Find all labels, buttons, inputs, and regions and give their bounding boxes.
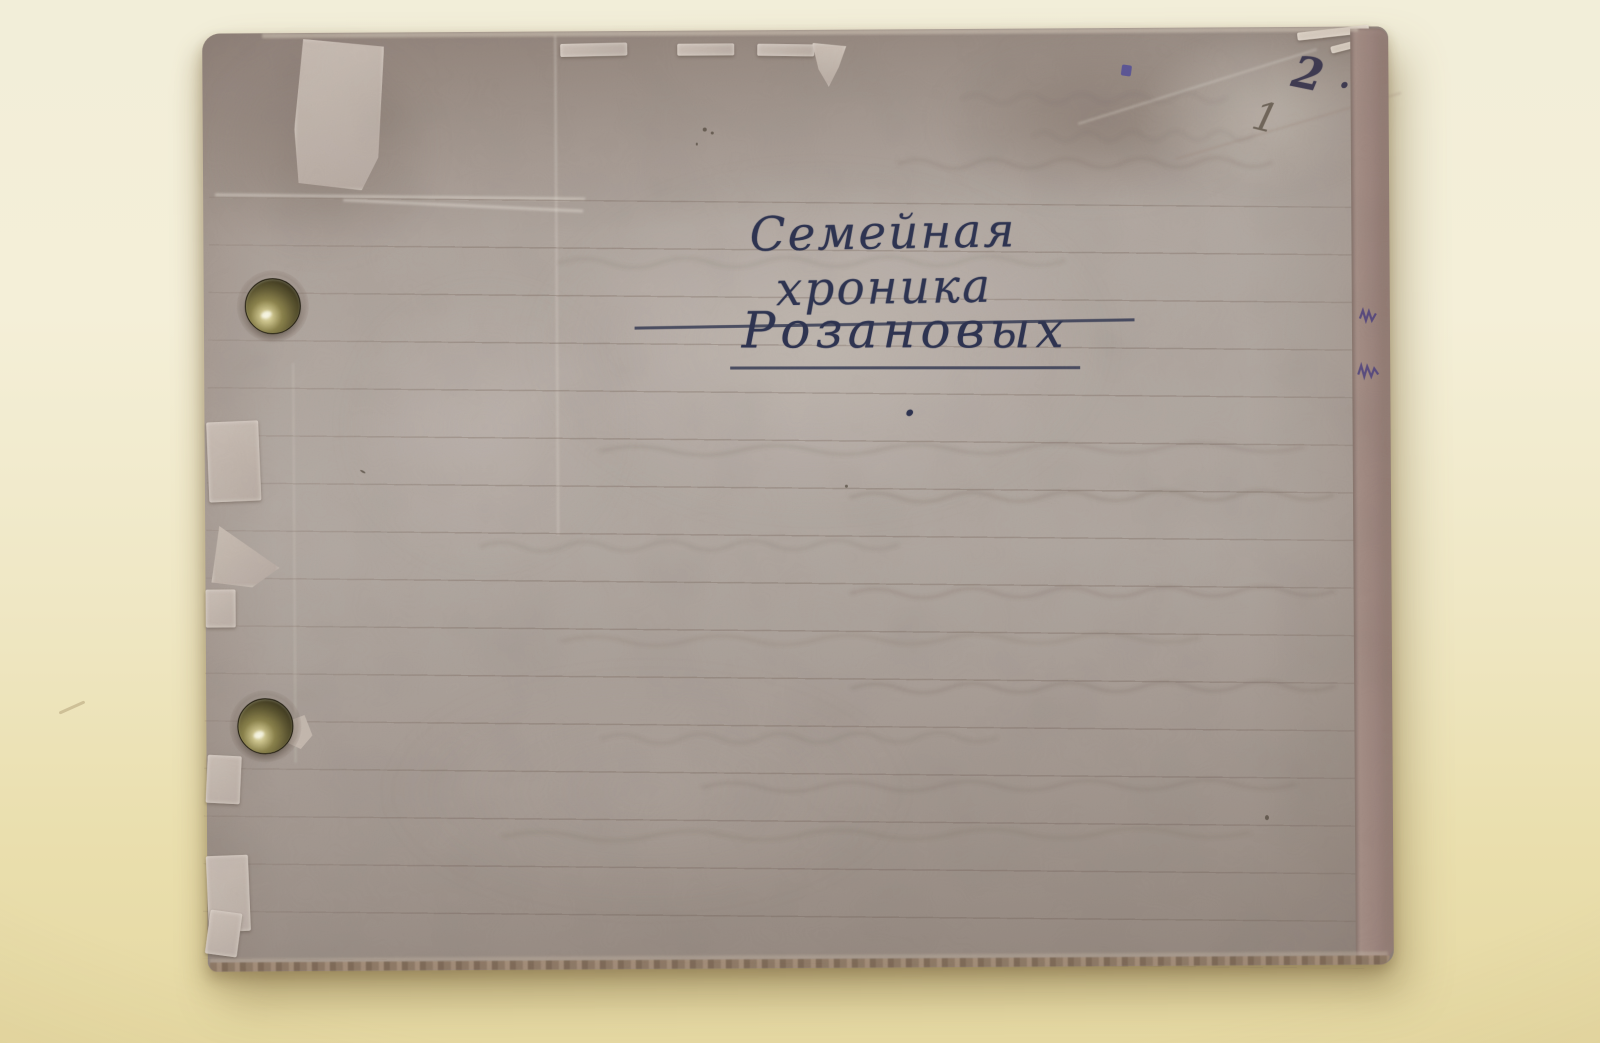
torn-edge-chip (206, 755, 242, 805)
ink-speck (711, 132, 714, 135)
fold-crease (554, 35, 559, 535)
light-stain-patch (386, 669, 907, 912)
cover-paper-surface (202, 26, 1394, 971)
ghost-writing-bleedthrough (202, 26, 1394, 971)
torn-edge-chip (206, 589, 236, 627)
photo-of-notebook-cover: Семейная хроника Розановых. 2 . 1 (0, 0, 1600, 1043)
torn-edge-chip (206, 420, 261, 502)
ink-speck (696, 143, 698, 146)
brass-brad-fastener-top (245, 278, 301, 334)
torn-paper-strip (677, 43, 734, 55)
torn-paper-patch (293, 39, 384, 191)
ink-scribble (1356, 360, 1380, 380)
ink-speck (703, 128, 707, 132)
handwritten-title-line-2: Розановых. (715, 301, 1095, 427)
fold-crease (1078, 48, 1317, 124)
worn-top-edge (262, 27, 1358, 39)
fold-crease (343, 198, 583, 212)
title-period: . (902, 369, 923, 427)
stray-pencil-mark (59, 700, 86, 714)
torn-paper-flap (812, 43, 846, 87)
title-text-2: Розановых (730, 301, 1081, 369)
page-number-pencil: 1 (1248, 93, 1284, 144)
brass-brad-fastener-bottom (237, 698, 293, 754)
blue-ink-blot (1121, 64, 1132, 76)
ink-speck (845, 485, 848, 488)
torn-paper-strip (560, 42, 627, 57)
light-stain-patch (344, 281, 626, 573)
page-block-edge (1350, 28, 1394, 958)
paper-mottling-texture (202, 26, 1394, 971)
pencil-speck (360, 469, 366, 474)
ink-speck (1265, 815, 1269, 820)
torn-edge-chip (211, 523, 279, 587)
wear-stain (932, 35, 1263, 207)
paper-grain-texture (202, 26, 1394, 971)
page-number-ink: 2 (1288, 46, 1328, 102)
page-number-ink-dot: . (1338, 57, 1350, 97)
ink-scribble (1358, 306, 1380, 324)
fold-crease (215, 193, 585, 200)
torn-paper-strip (757, 44, 814, 57)
notebook-cover: Семейная хроника Розановых. 2 . 1 (202, 26, 1394, 971)
torn-edge-chip (205, 910, 243, 958)
